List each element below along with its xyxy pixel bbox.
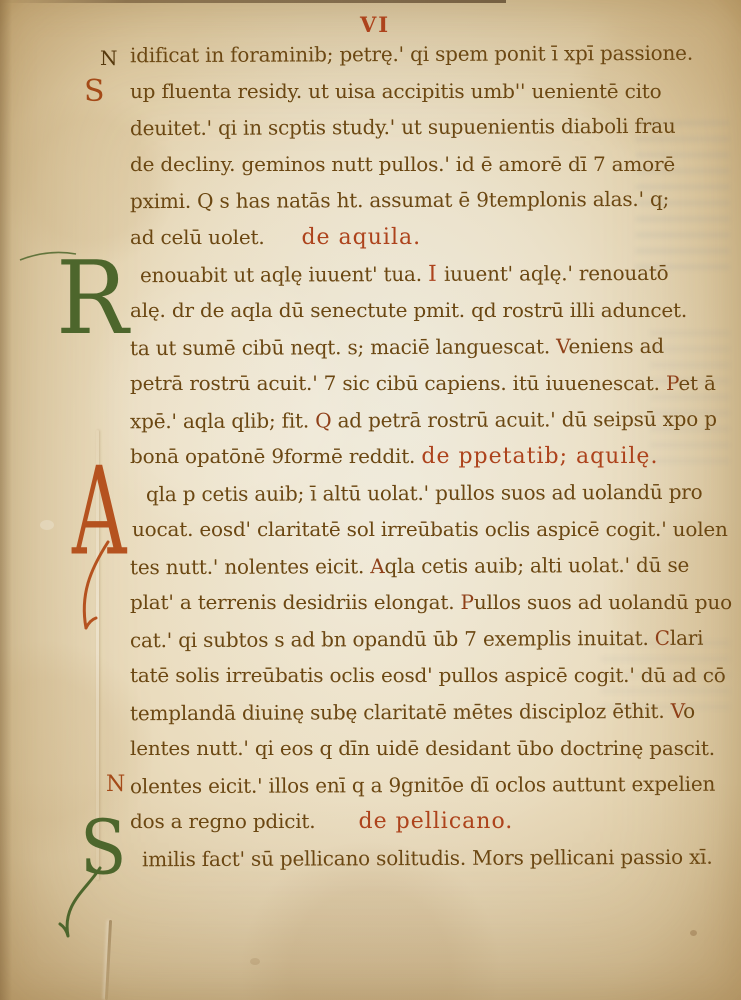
text-line: pximi. Q s has natās ht. assumat ē 9temp… [130, 187, 669, 213]
body-text: tatē solis irreūbatis oclis eosd' pullos… [130, 663, 726, 687]
rubric-text: de ppetatib; aquilę. [421, 444, 658, 469]
body-text: deuitet.' qi in scptis study.' ut supuen… [130, 114, 676, 140]
text-line: imilis fact' sū pellicano solitudis. Mor… [142, 845, 713, 871]
body-text: ad petrā rostrū acuit.' dū seipsū xpo p [331, 407, 717, 433]
text-line: ad celū uolet. de aquila. [130, 225, 421, 250]
body-text: V [671, 699, 684, 723]
body-text: P [666, 371, 678, 395]
text-line: uocat. eosd' claritatē sol irreūbatis oc… [132, 517, 728, 541]
parchment-stain [250, 958, 260, 965]
text-line: qla p cetis auib; ī altū uolat.' pullos … [146, 480, 703, 506]
text-line: petrā rostrū acuit.' 7 sic cibū capiens.… [130, 371, 716, 395]
rubric-text: de pellicano. [359, 809, 514, 834]
body-text: ad celū uolet. [130, 225, 301, 249]
initial-s-flourish [52, 866, 117, 944]
margin-letter-n: N [106, 772, 125, 797]
page-left-edge [0, 0, 12, 1000]
text-line: ta ut sumē cibū neqt. s; maciē languesca… [130, 334, 664, 360]
body-text: ta ut sumē cibū neqt. s; maciē languesca… [130, 334, 556, 360]
body-text: de decliny. geminos nutt pullos.' id ē a… [130, 152, 675, 176]
body-text: o [683, 699, 695, 723]
text-line: templandā diuinę subę claritatē mētes di… [130, 699, 695, 725]
body-text: V [556, 334, 569, 358]
parchment-stain [40, 520, 54, 530]
body-text: alę. dr de aqla dū senectute pmit. qd ro… [130, 298, 687, 322]
page-top-edge [0, 0, 506, 3]
text-line: tes nutt.' nolentes eicit. Aqla cetis au… [130, 553, 689, 579]
body-text: ullos suos ad uolandū puo [474, 590, 732, 614]
body-text: petrā rostrū acuit.' 7 sic cibū capiens.… [130, 371, 666, 395]
body-text: qla cetis auib; alti uolat.' dū se [384, 553, 689, 578]
body-text: uocat. eosd' claritatē sol irreūbatis oc… [132, 517, 728, 541]
body-text: up fluenta residy. ut uisa accipitis umb… [130, 79, 661, 103]
body-text: lentes nutt.' qi eos q dīn uidē desidant… [130, 736, 715, 760]
body-text: Q [315, 408, 331, 432]
body-text: tes nutt.' nolentes eicit. [130, 554, 370, 579]
body-text: C [655, 626, 670, 650]
parchment-stain [690, 930, 697, 936]
body-text: cat.' qi subtos s ad bn opandū ūb 7 exem… [130, 626, 655, 652]
text-line: idificat in foraminib; petrę.' qi spem p… [130, 41, 693, 67]
text-line: olentes eicit.' illos enī q a 9gnitōe dī… [130, 772, 715, 799]
body-text: A [370, 554, 384, 578]
text-line: lentes nutt.' qi eos q dīn uidē desidant… [130, 736, 715, 760]
text-line: de decliny. geminos nutt pullos.' id ē a… [130, 152, 675, 176]
folio-number: VI [360, 12, 390, 37]
body-text: olentes eicit.' illos enī q a 9gnitōe dī… [130, 772, 715, 799]
rubric-text: I [428, 262, 438, 287]
text-line: plat' a terrenis desidriis elongat. Pull… [130, 590, 732, 614]
initial-r-flourish [18, 246, 78, 266]
margin-letter-s: S [84, 74, 105, 109]
body-text: xpē.' aqla qlib; fit. [130, 408, 315, 433]
text-line: xpē.' aqla qlib; fit. Q ad petrā rostrū … [130, 407, 717, 434]
margin-letter-n: N [100, 46, 118, 70]
body-text: eniens ad [568, 334, 663, 358]
body-text: bonā opatōnē 9formē reddit. [130, 444, 421, 468]
body-text: templandā diuinę subę claritatē mētes di… [130, 699, 671, 725]
text-line: deuitet.' qi in scptis study.' ut supuen… [130, 114, 676, 140]
body-text: et ā [678, 371, 715, 395]
body-text: iuuent' aqlę.' renouatō [438, 261, 669, 286]
text-line: alę. dr de aqla dū senectute pmit. qd ro… [130, 298, 687, 322]
body-text: pximi. Q s has natās ht. assumat ē 9temp… [130, 187, 669, 213]
text-line: up fluenta residy. ut uisa accipitis umb… [130, 79, 661, 103]
text-line: cat.' qi subtos s ad bn opandū ūb 7 exem… [130, 626, 703, 653]
body-text: dos a regno pdicit. [130, 809, 359, 833]
initial-a-flourish [70, 540, 120, 635]
text-line: dos a regno pdicit. de pellicano. [130, 809, 513, 834]
body-text: enouabit ut aqlę iuuent' tua. [140, 262, 428, 287]
text-line: bonā opatōnē 9formē reddit. de ppetatib;… [130, 444, 658, 469]
body-text: lari [670, 626, 704, 650]
text-line: tatē solis irreūbatis oclis eosd' pullos… [130, 663, 726, 687]
body-text: idificat in foraminib; petrę.' qi spem p… [130, 41, 693, 67]
body-text: imilis fact' sū pellicano solitudis. Mor… [142, 845, 713, 871]
text-line: enouabit ut aqlę iuuent' tua. I iuuent' … [140, 261, 669, 288]
body-text: P [461, 590, 474, 614]
body-text: plat' a terrenis desidriis elongat. [130, 590, 461, 614]
manuscript-page: VI idificat in foraminib; petrę.' qi spe… [0, 0, 741, 1000]
rubric-text: de aquila. [301, 225, 421, 250]
body-text: qla p cetis auib; ī altū uolat.' pullos … [146, 480, 703, 506]
